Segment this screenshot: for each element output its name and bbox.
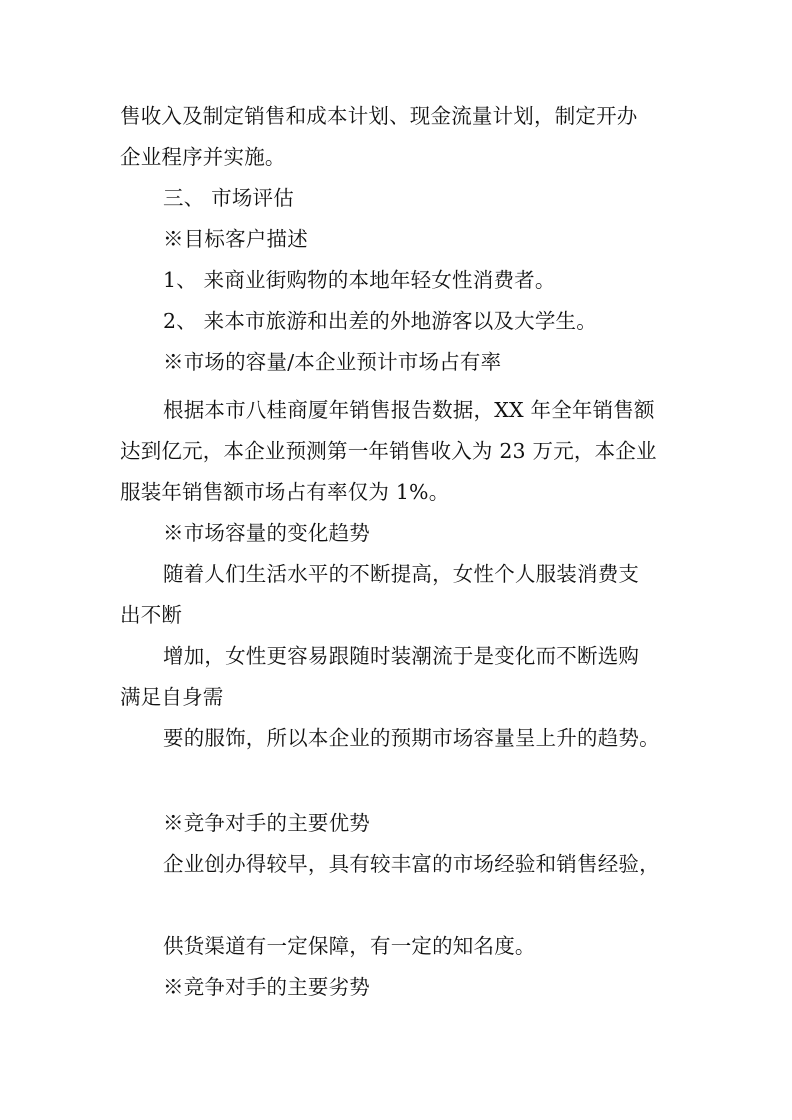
text-line-1: 企业程序并实施。: [120, 145, 286, 169]
subheading-competitor-strengths: ※竞争对手的主要优势: [163, 811, 370, 835]
section-heading: 三、 市场评估: [163, 186, 294, 210]
text-line-15: 要的服饰，所以本企业的预期市场容量呈上升的趋势。: [163, 726, 660, 750]
text-line-7: 根据本市八桂商厦年销售报告数据，XX 年全年销售额: [163, 398, 655, 422]
subheading-market-capacity: ※市场的容量/本企业预计市场占有率: [163, 350, 501, 374]
document-page: 售收入及制定销售和成本计划、现金流量计划，制定开办 企业程序并实施。 三、 市场…: [0, 0, 792, 1120]
text-line-0: 售收入及制定销售和成本计划、现金流量计划，制定开办: [120, 104, 638, 128]
text-line-9: 服装年销售额市场占有率仅为 1%。: [120, 480, 449, 504]
subheading-capacity-trend: ※市场容量的变化趋势: [163, 521, 370, 545]
text-line-13: 增加，女性更容易跟随时装潮流于是变化而不断选购: [163, 644, 639, 668]
list-item-1: 1、 来商业街购物的本地年轻女性消费者。: [163, 268, 556, 292]
text-line-8: 达到亿元，本企业预测第一年销售收入为 23 万元，本企业: [120, 439, 657, 463]
text-line-14: 满足自身需: [120, 685, 224, 709]
subheading-competitor-weaknesses: ※竞争对手的主要劣势: [163, 975, 370, 999]
text-line-12: 出不断: [120, 603, 182, 627]
text-line-17: 企业创办得较早，具有较丰富的市场经验和销售经验，: [163, 852, 660, 876]
text-line-11: 随着人们生活水平的不断提高，女性个人服装消费支: [163, 562, 639, 586]
text-line-18: 供货渠道有一定保障，有一定的知名度。: [163, 934, 536, 958]
list-item-2: 2、 来本市旅游和出差的外地游客以及大学生。: [163, 309, 597, 333]
subheading-target-customers: ※目标客户描述: [163, 227, 308, 251]
